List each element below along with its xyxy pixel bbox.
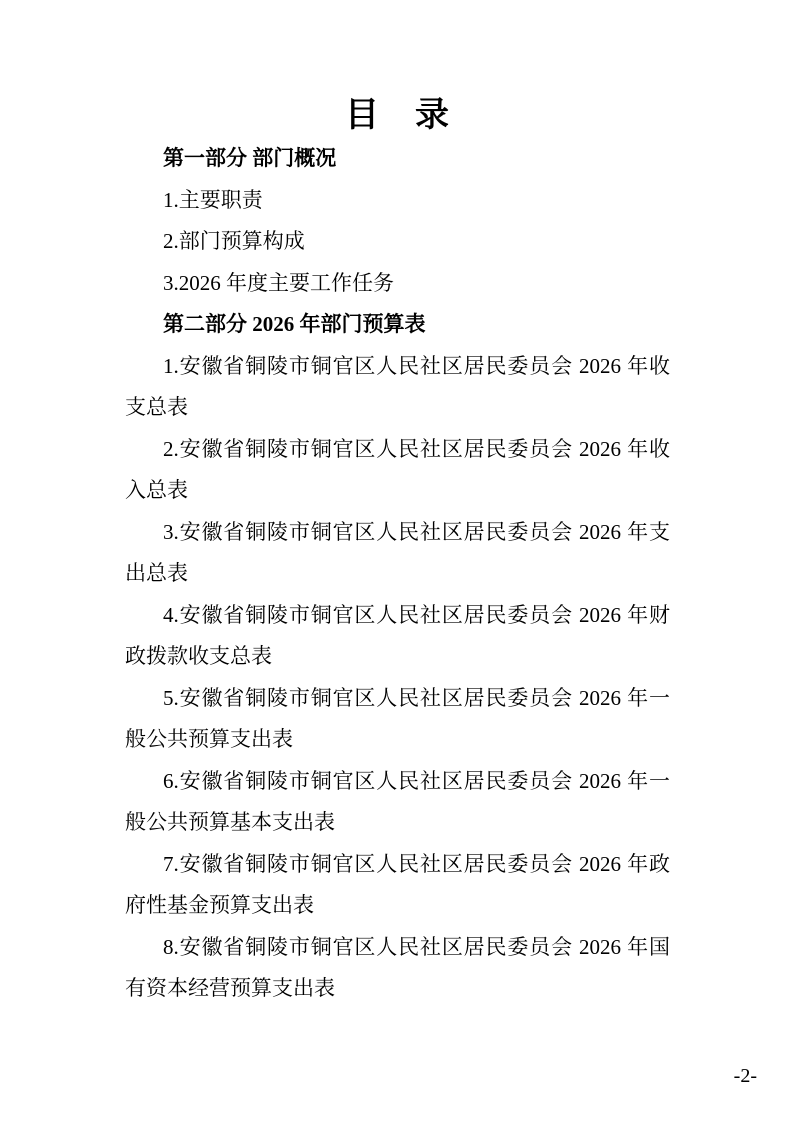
toc-item: 3.安徽省铜陵市铜官区人民社区居民委员会 2026 年支出总表: [125, 512, 670, 595]
table-of-contents: 第一部分 部门概况 1.主要职责 2.部门预算构成 3.2026 年度主要工作任…: [125, 138, 670, 1010]
toc-item: 2.安徽省铜陵市铜官区人民社区居民委员会 2026 年收入总表: [125, 429, 670, 512]
section-heading: 第二部分 2026 年部门预算表: [125, 304, 670, 346]
page-number: -2-: [734, 1064, 757, 1088]
toc-item: 1.安徽省铜陵市铜官区人民社区居民委员会 2026 年收支总表: [125, 346, 670, 429]
toc-item: 1.主要职责: [125, 180, 670, 222]
section-heading: 第一部分 部门概况: [125, 138, 670, 180]
toc-item: 8.安徽省铜陵市铜官区人民社区居民委员会 2026 年国有资本经营预算支出表: [125, 927, 670, 1010]
toc-item: 4.安徽省铜陵市铜官区人民社区居民委员会 2026 年财政拨款收支总表: [125, 595, 670, 678]
toc-item: 5.安徽省铜陵市铜官区人民社区居民委员会 2026 年一般公共预算支出表: [125, 678, 670, 761]
document-page: 目 录 第一部分 部门概况 1.主要职责 2.部门预算构成 3.2026 年度主…: [0, 0, 793, 1122]
toc-item: 3.2026 年度主要工作任务: [125, 263, 670, 305]
toc-item: 6.安徽省铜陵市铜官区人民社区居民委员会 2026 年一般公共预算基本支出表: [125, 761, 670, 844]
toc-item: 7.安徽省铜陵市铜官区人民社区居民委员会 2026 年政府性基金预算支出表: [125, 844, 670, 927]
page-title: 目 录: [125, 94, 670, 138]
toc-section: 第一部分 部门概况 1.主要职责 2.部门预算构成 3.2026 年度主要工作任…: [125, 138, 670, 304]
toc-section: 第二部分 2026 年部门预算表 1.安徽省铜陵市铜官区人民社区居民委员会 20…: [125, 304, 670, 1010]
toc-item: 2.部门预算构成: [125, 221, 670, 263]
